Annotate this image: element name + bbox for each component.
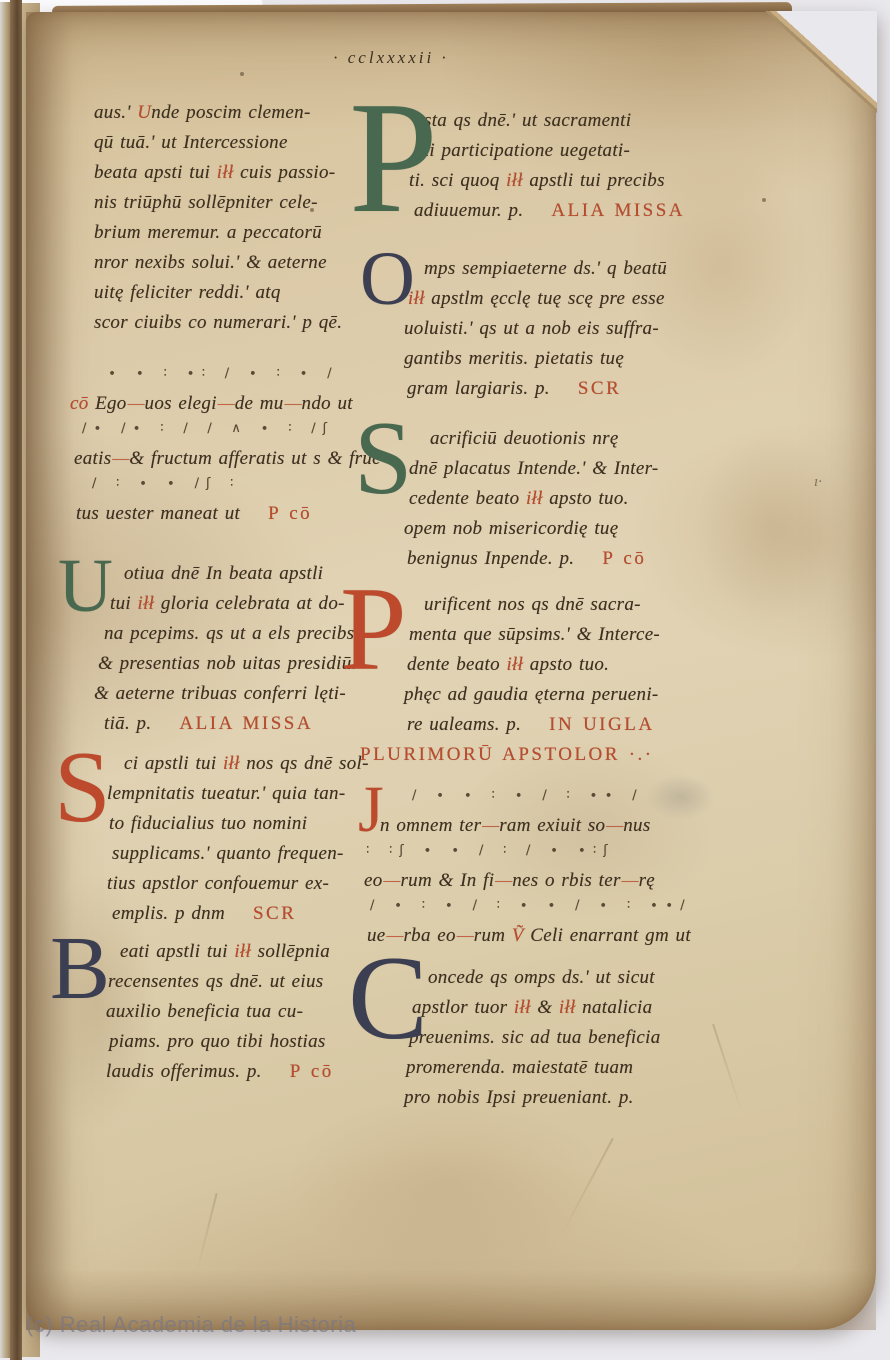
text-segment: sta qs dnē.' ut sacramenti: [424, 110, 631, 131]
rubric-abbreviation: Ṽ: [512, 925, 530, 946]
text-segment: aus.': [94, 102, 137, 123]
rubric-abbreviation: iłł: [506, 654, 523, 675]
text-segment: tui participatione uegetati-: [414, 140, 630, 161]
syllable-extension-line: —: [605, 815, 623, 836]
text-segment: re ualeams. p.: [407, 714, 521, 735]
text-line: uoluisti.' qs ut a nob eis suffra-: [404, 314, 744, 344]
folio-number: · cclxxxxii ·: [241, 48, 541, 68]
rubric-abbreviation: iłł: [506, 170, 523, 191]
parchment-crease: [560, 1138, 613, 1236]
rubric-abbreviation: iłł: [514, 997, 531, 1018]
text-segment: gram largiaris. p.: [407, 378, 550, 399]
text-segment: beata apsti tui: [94, 162, 217, 183]
text-segment: & aeterne tribuas conferri lęti-: [94, 683, 346, 704]
illuminated-initial: J: [358, 786, 384, 834]
text-segment: & presentias nob uitas presidiū.: [98, 653, 357, 674]
text-segment: na pcepims. qs ut a els precibs: [104, 623, 354, 644]
text-segment: nror nexibs solui.' & aeterne: [94, 252, 327, 273]
text-segment: uoluisti.' qs ut a nob eis suffra-: [404, 318, 659, 339]
text-segment: gantibs meritis. pietatis tuę: [404, 348, 624, 369]
text-segment: cedente beato: [409, 488, 526, 509]
text-segment: apsto tuo.: [543, 488, 629, 509]
text-line: iłł apstlm ęcclę tuę scę pre esse: [408, 284, 744, 314]
rubric-label: ALIA MISSA: [551, 200, 685, 221]
text-segment: Celi enarrant gm ut: [530, 925, 691, 946]
text-line: phęc ad gaudia ęterna perueni-: [404, 680, 744, 710]
neume-notation: ∕ ∙ ∶ ∙ ∕ ∶ ∙ ∙ ∕ ∙ ∶ ∙∙∕: [370, 898, 692, 913]
text-line: urificent nos qs dnē sacra-: [424, 590, 744, 620]
text-line: acrificiū deuotionis nrę: [430, 424, 744, 454]
syllable-extension-line: —: [284, 393, 302, 414]
text-line: ti. sci quoq iłł apstli tui precibs: [409, 166, 744, 196]
illuminated-initial: P: [349, 100, 438, 215]
text-segment: rum: [474, 925, 512, 946]
text-segment: mps sempiaeterne ds.' q beatū: [424, 258, 667, 279]
text-segment: preuenims. sic ad tua beneficia: [409, 1027, 661, 1048]
text-line: PLURIMORŪ APSTOLOR ·.·: [360, 740, 744, 770]
text-line: eo—rum & In fi—nes o rbis ter—rę: [364, 866, 744, 896]
text-segment: dente beato: [407, 654, 506, 675]
syllable-extension-line: —: [621, 870, 639, 891]
text-segment: qū tuā.' ut Intercessione: [94, 132, 288, 153]
text-line: dente beato iłł apsto tuo.: [407, 650, 744, 680]
text-segment: tiā. p.: [104, 713, 151, 734]
text-segment: gloria celebrata at do-: [154, 593, 345, 614]
neume-notation: ∙ ∙ ∶ ∙∶ ∕ ∙ ∶ ∙ ∕: [108, 366, 339, 381]
text-line: cedente beato iłł apsto tuo.: [409, 484, 744, 514]
syllable-extension-line: —: [111, 448, 129, 469]
ink-spot: [762, 198, 766, 202]
rubric-abbreviation: iłł: [217, 162, 234, 183]
text-line: oncede qs omps ds.' ut sicut: [428, 963, 744, 993]
text-line: adiuuemur. p.ALIA MISSA: [414, 196, 744, 226]
secreta-sacrificium: Sacrificiū deuotionis nrędnē placatus In…: [404, 424, 744, 574]
text-line: dnē placatus Intende.' & Inter-: [409, 454, 744, 484]
text-segment: nde poscim clemen-: [151, 102, 310, 123]
manuscript-photograph: · cclxxxxii · aus.' Unde poscim clemen-q…: [0, 0, 890, 1360]
syllable-extension-line: —: [456, 925, 474, 946]
rubric-abbreviation: iłł: [559, 997, 576, 1018]
illuminated-initial: O: [360, 252, 415, 307]
text-segment: tius apstlor confouemur ex-: [107, 873, 329, 894]
text-segment: opem nob misericordię tuę: [404, 518, 618, 539]
neume-notation: ∕ ∙ ∙ ∶ ∙ ∕ ∶ ∙∙ ∕: [412, 788, 644, 803]
text-segment: promerenda. maiestatē tuam: [406, 1057, 633, 1078]
neume-line: ∕ ∙ ∶ ∙ ∕ ∶ ∙ ∙ ∕ ∙ ∶ ∙∙∕: [370, 896, 744, 921]
text-segment: tui: [110, 593, 138, 614]
text-segment: ndo ut: [302, 393, 353, 414]
text-segment: nos qs dnē sol-: [240, 753, 369, 774]
text-segment: rum & In fi: [400, 870, 494, 891]
rubric-label: PLURIMORŪ APSTOLOR ·.·: [360, 744, 654, 765]
text-segment: pro nobis Ipsi preueniant. p.: [404, 1087, 634, 1108]
text-line: opem nob misericordię tuę: [404, 514, 744, 544]
text-segment: de mu: [235, 393, 284, 414]
text-line: preuenims. sic ad tua beneficia: [409, 1023, 744, 1053]
text-segment: apstli tui precibs: [523, 170, 665, 191]
ink-spot: [240, 72, 244, 76]
postcommunio-praesta: Psta qs dnē.' ut sacramentitui participa…: [404, 106, 744, 226]
text-line: promerenda. maiestatē tuam: [406, 1053, 744, 1083]
illuminated-initial: S: [354, 420, 413, 496]
text-segment: ci apstli tui: [124, 753, 223, 774]
text-segment: nis triūphū sollēpniter cele-: [94, 192, 318, 213]
text-line: sta qs dnē.' ut sacramenti: [424, 106, 744, 136]
rubric-label: P cō: [602, 548, 646, 569]
neume-notation: ∶ ∶ʃ ∙ ∙ ∕ ∶ ∕ ∙ ∙∶ʃ: [366, 843, 615, 858]
introit-in-omnem-terram: J∕ ∙ ∙ ∶ ∙ ∕ ∶ ∙∙ ∕n omnem ter—ram exiui…: [404, 786, 744, 951]
illuminated-initial: C: [348, 955, 428, 1041]
neume-line: ∶ ∶ʃ ∙ ∙ ∕ ∶ ∕ ∙ ∙∶ʃ: [366, 841, 744, 866]
text-segment: eati apstli tui: [120, 941, 234, 962]
text-segment: uos elegi: [145, 393, 217, 414]
text-segment: &: [531, 997, 559, 1018]
text-segment: phęc ad gaudia ęterna perueni-: [404, 684, 659, 705]
text-segment: emplis. p dnm: [112, 903, 225, 924]
text-segment: to fiducialius tuo nomini: [109, 813, 307, 834]
illuminated-initial: S: [54, 751, 111, 824]
text-segment: ram exiuit so: [499, 815, 605, 836]
text-segment: n omnem ter: [380, 815, 481, 836]
text-line: pro nobis Ipsi preueniant. p.: [404, 1083, 744, 1113]
text-segment: brium meremur. a peccatorū: [94, 222, 322, 243]
text-segment: eatis: [74, 448, 111, 469]
text-segment: recensentes qs dnē. ut eius: [108, 971, 323, 992]
binding-gutter-crease: [10, 0, 22, 1360]
text-line: apstlor tuor iłł & iłł natalicia: [412, 993, 744, 1023]
binding-page-edges: [0, 2, 10, 1358]
syllable-extension-line: —: [481, 815, 499, 836]
rubric-label: P cō: [290, 1061, 334, 1082]
text-segment: supplicams.' quanto frequen-: [112, 843, 344, 864]
text-segment: benignus Inpende. p.: [407, 548, 574, 569]
syllable-extension-line: —: [494, 870, 512, 891]
rubric-abbreviation: iłł: [234, 941, 251, 962]
parchment-stain: [286, 1092, 606, 1272]
rubric-abbreviation: U: [137, 102, 151, 123]
rubric-abbreviation: iłł: [223, 753, 240, 774]
margin-mark: ı·: [814, 474, 822, 491]
text-segment: lempnitatis tueatur.' quia tan-: [107, 783, 345, 804]
manuscript-page: · cclxxxxii · aus.' Unde poscim clemen-q…: [26, 12, 876, 1330]
oratio-concede: Concede qs omps ds.' ut sicutapstlor tuo…: [404, 963, 744, 1113]
text-segment: otiua dnē In beata apstli: [124, 563, 323, 584]
text-segment: dnē placatus Intende.' & Inter-: [409, 458, 659, 479]
text-segment: apsto tuo.: [523, 654, 609, 675]
rubric-label: SCR: [578, 378, 621, 399]
neume-line: ∕ ∙ ∙ ∶ ∙ ∕ ∶ ∙∙ ∕: [412, 786, 744, 811]
rubric-label: ALIA MISSA: [179, 713, 313, 734]
text-segment: piams. pro quo tibi hostias: [109, 1031, 326, 1052]
alia-missa-omnipotens: Omps sempiaeterne ds.' q beatūiłł apstlm…: [404, 254, 744, 404]
text-segment: urificent nos qs dnē sacra-: [424, 594, 641, 615]
clipped-corner: [765, 11, 877, 113]
neume-notation: ∕ ∶ ∙ ∙ ∕ʃ ∶: [92, 476, 240, 491]
text-segment: Ego: [95, 393, 127, 414]
syllable-extension-line: —: [383, 870, 401, 891]
illuminated-initial: P: [340, 586, 407, 672]
syllable-extension-line: —: [217, 393, 235, 414]
text-line: mps sempiaeterne ds.' q beatū: [424, 254, 744, 284]
rubric-label: IN UIGLA: [549, 714, 654, 735]
rubric-abbreviation: iłł: [526, 488, 543, 509]
rubric-label: P cō: [268, 503, 312, 524]
postcommunio-purificent: Purificent nos qs dnē sacra-menta que sū…: [404, 590, 744, 770]
text-segment: uitę feliciter reddi.' atq: [94, 282, 281, 303]
text-line: gantibs meritis. pietatis tuę: [404, 344, 744, 374]
text-segment: sollēpnia: [251, 941, 330, 962]
text-segment: & fructum afferatis ut s & fruc: [129, 448, 381, 469]
right-text-column: Psta qs dnē.' ut sacramentitui participa…: [354, 104, 744, 1113]
text-segment: acrificiū deuotionis nrę: [430, 428, 619, 449]
text-line: gram largiaris. p.SCR: [407, 374, 744, 404]
text-line: benignus Inpende. p.P cō: [407, 544, 744, 574]
text-line: re ualeams. p.IN UIGLA: [407, 710, 744, 740]
text-segment: laudis offerimus. p.: [106, 1061, 262, 1082]
text-line: n omnem ter—ram exiuit so—nus: [380, 811, 744, 841]
rubric-abbreviation: iłł: [138, 593, 155, 614]
rubric-label: SCR: [253, 903, 296, 924]
illuminated-initial: U: [58, 559, 113, 614]
text-segment: nes o rbis ter: [512, 870, 620, 891]
text-segment: nus: [623, 815, 650, 836]
text-segment: tus uester maneat ut: [76, 503, 240, 524]
text-segment: menta que sūpsims.' & Interce-: [409, 624, 660, 645]
neume-notation: ∕∙ ∕∙ ∶ ∕ ∕ ∧ ∙ ∶ ∕ʃ: [82, 421, 334, 436]
text-segment: rę: [639, 870, 655, 891]
copyright-watermark: (c) Real Academia de la Historia: [26, 1312, 356, 1338]
text-segment: apstlm ęcclę tuę scę pre esse: [425, 288, 665, 309]
text-segment: eo: [364, 870, 383, 891]
parchment-crease: [196, 1193, 217, 1271]
text-segment: natalicia: [576, 997, 653, 1018]
text-segment: scor ciuibs co numerari.' p qē.: [94, 312, 342, 333]
text-line: menta que sūpsims.' & Interce-: [409, 620, 744, 650]
illuminated-initial: B: [50, 937, 110, 1002]
text-segment: cuis passio-: [234, 162, 336, 183]
rubric-abbreviation: cō: [70, 393, 95, 414]
text-line: tui participatione uegetati-: [414, 136, 744, 166]
syllable-extension-line: —: [127, 393, 145, 414]
text-segment: auxilio beneficia tua cu-: [106, 1001, 303, 1022]
text-segment: oncede qs omps ds.' ut sicut: [428, 967, 655, 988]
